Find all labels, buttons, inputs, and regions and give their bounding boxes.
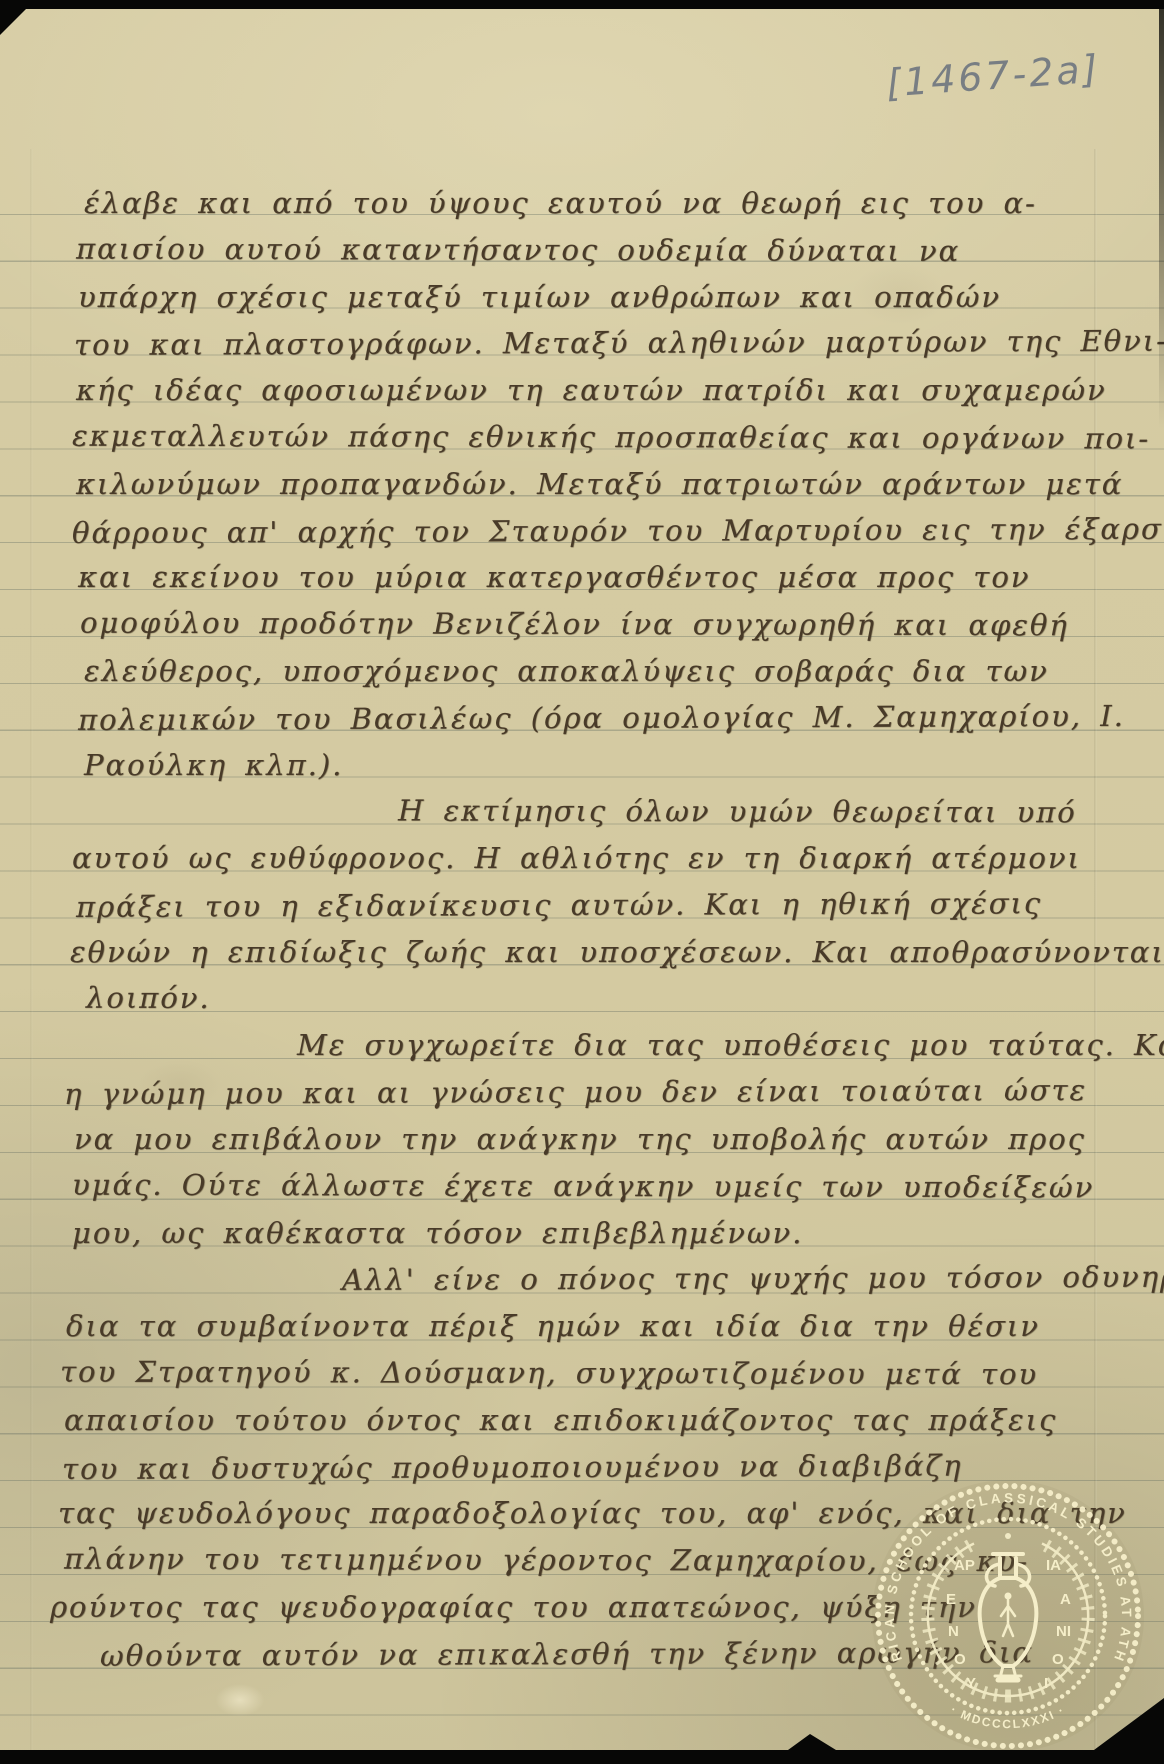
svg-text:Ε: Ε bbox=[946, 1591, 956, 1608]
handwritten-text-block: έλαβε και από του ύψους εαυτού να θεωρή … bbox=[0, 180, 1164, 1678]
scan-edge-notch bbox=[788, 1734, 836, 1750]
manuscript-line: Με συγχωρείτε δια τας υποθέσεις μου ταύτ… bbox=[0, 1022, 1164, 1069]
svg-text:Ν: Ν bbox=[948, 1623, 959, 1640]
manuscript-line: παισίου αυτού καταντήσαντος ουδεμία δύνα… bbox=[0, 225, 1164, 275]
amphora-figure-icon bbox=[1005, 1593, 1012, 1600]
scan-corner-artifact bbox=[0, 9, 26, 35]
svg-text:ΙΑ: ΙΑ bbox=[1046, 1557, 1061, 1574]
manuscript-line: να μου επιβάλουν την ανάγκην της υποβολή… bbox=[0, 1116, 1164, 1163]
manuscript-line: εκμεταλλευτών πάσης εθνικής προσπαθείας … bbox=[0, 412, 1164, 462]
manuscript-line: υμάς. Ούτε άλλωστε έχετε ανάγκην υμείς τ… bbox=[0, 1161, 1164, 1211]
manuscript-line: πολεμικών του Βασιλέως (όρα ομολογίας Μ.… bbox=[0, 693, 1164, 744]
paper-stain bbox=[205, 1677, 275, 1723]
manuscript-line: μου, ως καθέκαστα τόσον επιβεβλημένων. bbox=[0, 1210, 1164, 1257]
manuscript-line: Η εκτίμησις όλων υμών θεωρείται υπό bbox=[0, 787, 1164, 837]
manuscript-line: δια τα συμβαίνοντα πέριξ ημών και ιδία δ… bbox=[0, 1303, 1164, 1350]
manuscript-line: λοιπόν. bbox=[0, 974, 1164, 1024]
manuscript-line: έλαβε και από του ύψους εαυτού να θεωρή … bbox=[0, 180, 1164, 227]
manuscript-line: απαισίου τούτου όντος και επιδοκιμάζοντο… bbox=[0, 1397, 1164, 1444]
manuscript-line: κιλωνύμων προπαγανδών. Μεταξύ πατριωτών … bbox=[0, 461, 1164, 508]
scan-corner-artifact bbox=[1094, 1698, 1164, 1750]
archival-reference-number: [1467-2a] bbox=[885, 50, 1102, 103]
manuscript-line: εθνών η επιδίωξις ζωής και υποσχέσεων. Κ… bbox=[0, 929, 1164, 976]
manuscript-line: ομοφύλου προδότην Βενιζέλον ίνα συγχωρηθ… bbox=[0, 600, 1164, 650]
manuscript-line: θάρρους απ' αρχής τον Σταυρόν του Μαρτυρ… bbox=[0, 505, 1164, 556]
manuscript-line: υπάρχη σχέσις μεταξύ τιμίων ανθρώπων και… bbox=[0, 274, 1164, 321]
svg-text:Ο: Ο bbox=[954, 1651, 966, 1668]
manuscript-line: Ραούλκη κλπ.). bbox=[0, 742, 1164, 789]
manuscript-line: κής ιδέας αφοσιωμένων τη εαυτών πατρίδι … bbox=[0, 367, 1164, 414]
manuscript-line: και εκείνου του μύρια κατεργασθέντος μέσ… bbox=[0, 554, 1164, 601]
svg-text:Ι: Ι bbox=[1044, 1675, 1048, 1692]
svg-text:Α: Α bbox=[1060, 1591, 1071, 1608]
scanned-manuscript-page: { "colors":{"paper":"#d5cba2","ink":"#48… bbox=[0, 0, 1164, 1764]
manuscript-line: Αλλ' είνε ο πόνος της ψυχής μου τόσον οδ… bbox=[0, 1254, 1164, 1305]
svg-text:ΑΡ: ΑΡ bbox=[954, 1557, 975, 1574]
manuscript-line: πράξει του η εξιδανίκευσις αυτών. Και η … bbox=[0, 880, 1164, 931]
manuscript-line: του Στρατηγού κ. Δούσμανη, συγχρωτιζομέν… bbox=[0, 1348, 1164, 1398]
svg-text:ΝΙ: ΝΙ bbox=[1056, 1623, 1071, 1640]
paper-sheet: [1467-2a] έλαβε και από του ύψους εαυτού… bbox=[0, 9, 1164, 1750]
svg-text:Υ: Υ bbox=[966, 1675, 976, 1692]
manuscript-line: η γνώμη μου και αι γνώσεις μου δεν είναι… bbox=[0, 1067, 1164, 1118]
scan-edge-artifact bbox=[1159, 9, 1164, 429]
manuscript-line: αυτού ως ευθύφρονος. Η αθλιότης εν τη δι… bbox=[0, 835, 1164, 882]
manuscript-line: ελεύθερος, υποσχόμενος αποκαλύψεις σοβαρ… bbox=[0, 648, 1164, 695]
manuscript-line: του και πλαστογράφων. Μεταξύ αληθινών μα… bbox=[0, 318, 1164, 369]
svg-text:Ο: Ο bbox=[1052, 1651, 1064, 1668]
